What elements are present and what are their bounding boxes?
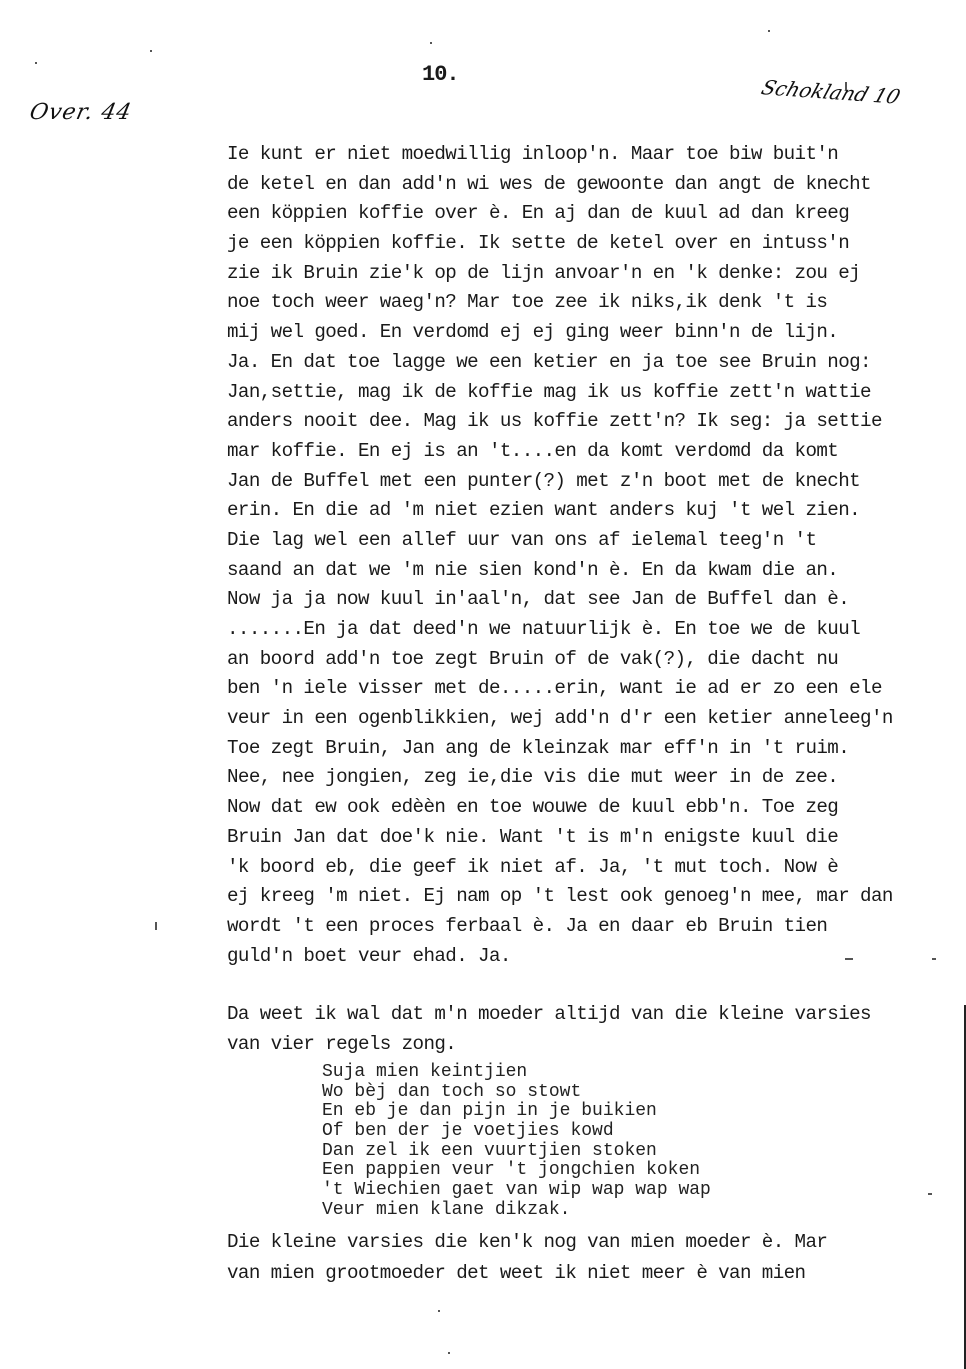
text-line: Now ja ja now kuul in'aal'n, dat see Jan…	[227, 585, 966, 615]
page-number: 10.	[422, 62, 459, 87]
scan-speck	[150, 50, 152, 52]
verse-line: Suja mien keintjien	[322, 1063, 711, 1083]
text-line: de ketel en dan add'n wi wes de gewoonte…	[227, 170, 966, 200]
verse-line: Dan zel ik een vuurtjien stoken	[322, 1142, 711, 1162]
text-line: een köppien koffie over è. En aj dan de …	[227, 199, 966, 229]
text-line: mar koffie. En ej is an 't....en da komt…	[227, 437, 966, 467]
text-line: van mien grootmoeder det weet ik niet me…	[227, 1258, 827, 1289]
verse-line: Veur mien klane dikzak.	[322, 1201, 711, 1221]
text-line: Bruin Jan dat doe'k nie. Want 't is m'n …	[227, 823, 966, 853]
text-line: erin. En die ad 'm niet ezien want ander…	[227, 496, 966, 526]
scan-speck	[448, 1352, 450, 1354]
text-line: veur in een ogenblikkien, wej add'n d'r …	[227, 704, 966, 734]
verse-line: 't Wiechien gaet van wip wap wap wap	[322, 1181, 711, 1201]
text-line: Now dat ew ook edèèn en toe wouwe de kuu…	[227, 793, 966, 823]
scan-speck	[438, 1310, 440, 1312]
scan-speck	[35, 62, 37, 64]
text-line: je een köppien koffie. Ik sette de ketel…	[227, 229, 966, 259]
handwritten-margin-note-right: Schokland 10	[758, 75, 903, 108]
text-line: Ie kunt er niet moedwillig inloop'n. Maa…	[227, 140, 966, 170]
text-line: zie ik Bruin zie'k op de lijn anvoar'n e…	[227, 259, 966, 289]
scan-speck	[932, 958, 936, 960]
verse-line: En eb je dan pijn in je buikien	[322, 1102, 711, 1122]
text-line: anders nooit dee. Mag ik us koffie zett'…	[227, 407, 966, 437]
text-line: ej kreeg 'm niet. Ej nam op 't lest ook …	[227, 882, 966, 912]
text-line: Toe zegt Bruin, Jan ang de kleinzak mar …	[227, 734, 966, 764]
paragraph-3: Die kleine varsies die ken'k nog van mie…	[227, 1227, 827, 1289]
handwritten-margin-note-left: Over. 44	[27, 100, 134, 125]
paragraph-1: Ie kunt er niet moedwillig inloop'n. Maa…	[227, 140, 966, 971]
text-line: mij wel goed. En verdomd ej ej ging weer…	[227, 318, 966, 348]
text-line: .......En ja dat deed'n we natuurlijk è.…	[227, 615, 966, 645]
scan-speck	[768, 30, 770, 32]
text-line: van vier regels zong.	[227, 1030, 871, 1060]
text-line: Jan,settie, mag ik de koffie mag ik us k…	[227, 378, 966, 408]
text-line: wordt 't een proces ferbaal è. Ja en daa…	[227, 912, 966, 942]
text-line: Jan de Buffel met een punter(?) met z'n …	[227, 467, 966, 497]
text-line: Da weet ik wal dat m'n moeder altijd van…	[227, 1000, 871, 1030]
paragraph-2: Da weet ik wal dat m'n moeder altijd van…	[227, 1000, 871, 1059]
text-line: Die kleine varsies die ken'k nog van mie…	[227, 1227, 827, 1258]
scan-speck	[928, 1193, 932, 1195]
text-line: an boord add'n toe zegt Bruin of de vak(…	[227, 645, 966, 675]
text-line: Nee, nee jongien, zeg ie,die vis die mut…	[227, 763, 966, 793]
text-line: Ja. En dat toe lagge we een ketier en ja…	[227, 348, 966, 378]
text-line: guld'n boet veur ehad. Ja.	[227, 942, 966, 972]
text-line: Die lag wel een allef uur van ons af iel…	[227, 526, 966, 556]
scan-speck	[430, 42, 432, 44]
text-line: 'k boord eb, die geef ik niet af. Ja, 't…	[227, 853, 966, 883]
text-line: noe toch weer waeg'n? Mar toe zee ik nik…	[227, 288, 966, 318]
verse-line: Een pappien veur 't jongchien koken	[322, 1161, 711, 1181]
scan-speck	[845, 82, 847, 90]
verse-line: Of ben der je voetjies kowd	[322, 1122, 711, 1142]
scan-speck	[155, 922, 157, 930]
text-line: saand an dat we 'm nie sien kond'n è. En…	[227, 556, 966, 586]
scan-speck	[845, 958, 853, 960]
text-line: ben 'n iele visser met de.....erin, want…	[227, 674, 966, 704]
song-verse: Suja mien keintjienWo bèj dan toch so st…	[322, 1063, 711, 1221]
verse-line: Wo bèj dan toch so stowt	[322, 1083, 711, 1103]
typed-transcript-page: 10. Over. 44 Schokland 10 Ie kunt er nie…	[0, 0, 966, 1369]
